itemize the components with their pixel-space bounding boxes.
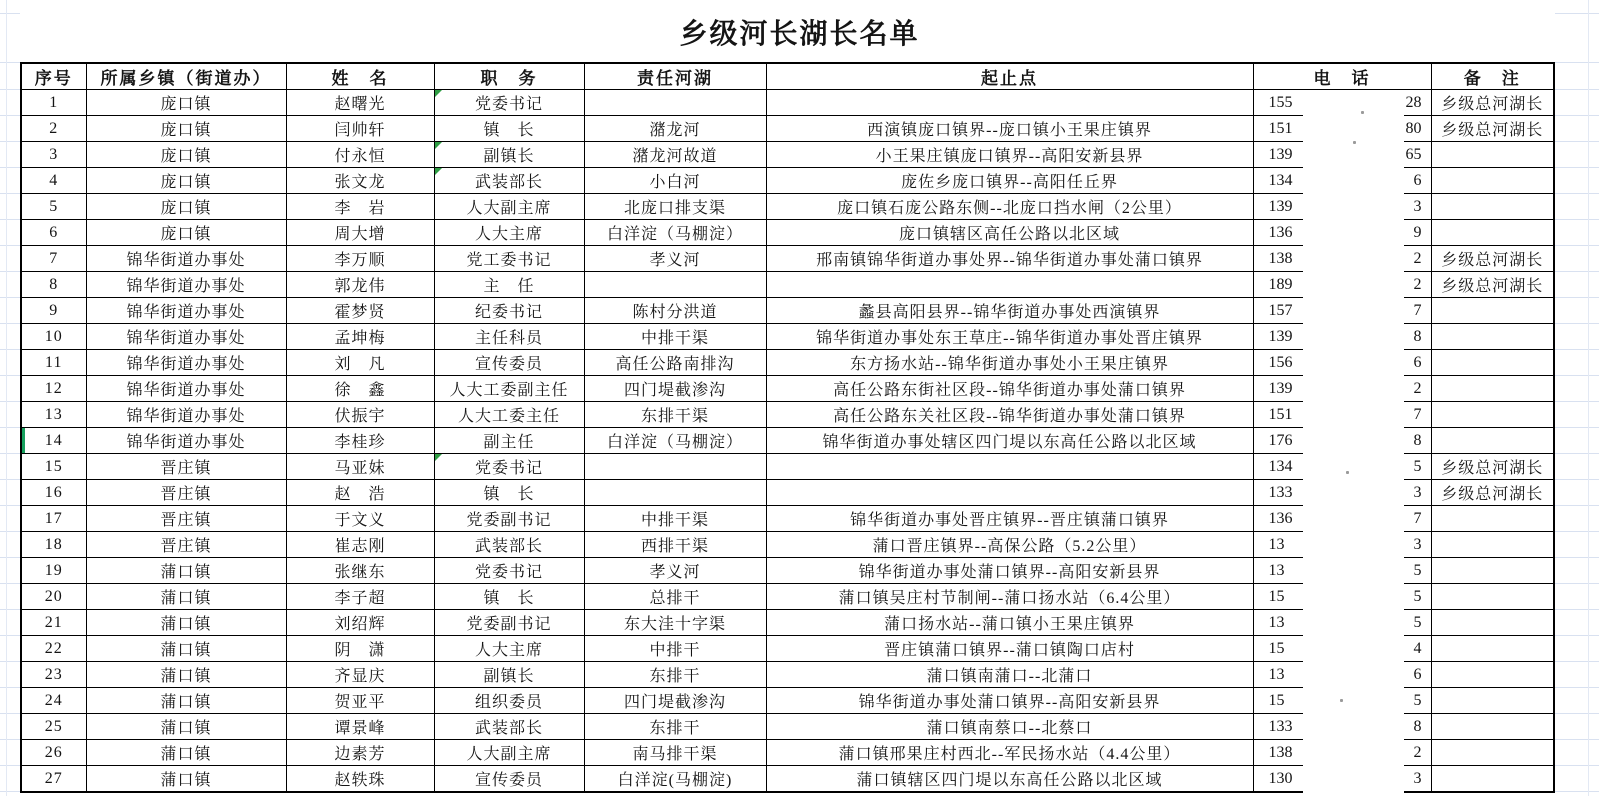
cell-town[interactable]: 庞口镇 [86, 220, 286, 246]
gridline [0, 115, 20, 116]
cell-pos[interactable]: 副主任 [434, 428, 584, 454]
cell-remark[interactable] [1431, 532, 1554, 558]
cell-town[interactable]: 庞口镇 [86, 90, 286, 116]
cell-remark[interactable] [1431, 740, 1554, 766]
cell-no[interactable]: 15 [21, 454, 86, 480]
cell-town[interactable]: 锦华街道办事处 [86, 324, 286, 350]
phone-suffix: 5 [1414, 614, 1422, 632]
cell-no[interactable]: 7 [21, 246, 86, 272]
cell-pos[interactable]: 组织委员 [434, 688, 584, 714]
phone-prefix: 13 [1269, 666, 1285, 684]
phone-suffix: 3 [1414, 536, 1422, 554]
cell-river[interactable] [584, 90, 766, 116]
cell-no[interactable]: 3 [21, 142, 86, 168]
cell-no[interactable]: 18 [21, 532, 86, 558]
cell-river[interactable]: 北庞口排支渠 [584, 194, 766, 220]
cell-pos[interactable]: 人大工委主任 [434, 402, 584, 428]
header-row: 序号所属乡镇（街道办）姓 名职 务责任河湖起止点电 话备 注 [21, 63, 1554, 90]
cell-range[interactable]: 庞口镇石庞公路东侧--北庞口挡水闸（2公里） [766, 194, 1253, 220]
cell-river[interactable]: 中排干渠 [584, 324, 766, 350]
cell-remark[interactable] [1431, 142, 1554, 168]
cell-river[interactable]: 陈村分洪道 [584, 298, 766, 324]
cell-town[interactable]: 锦华街道办事处 [86, 272, 286, 298]
phone-suffix: 7 [1414, 302, 1422, 320]
cell-river[interactable]: 东排干渠 [584, 402, 766, 428]
cell-name[interactable]: 刘 凡 [286, 350, 434, 376]
cell-remark[interactable] [1431, 584, 1554, 610]
cell-range[interactable]: 西演镇庞口镇界--庞口镇小王果庄镇界 [766, 116, 1253, 142]
cell-remark[interactable] [1431, 324, 1554, 350]
cell-pos[interactable]: 副镇长 [434, 142, 584, 168]
cell-name[interactable]: 于文义 [286, 506, 434, 532]
cell-name[interactable]: 赵轶珠 [286, 766, 434, 793]
gridline [1555, 245, 1599, 246]
sheet-title: 乡级河长湖长名单 [0, 12, 1599, 52]
cell-range[interactable]: 蒲口扬水站--蒲口镇小王果庄镇界 [766, 610, 1253, 636]
gridline [6, 0, 7, 796]
redaction-artifact-dot [1346, 471, 1349, 474]
cell-pos[interactable]: 主 任 [434, 272, 584, 298]
gridline [0, 193, 20, 194]
cell-no[interactable]: 5 [21, 194, 86, 220]
cell-pos[interactable]: 党委书记 [434, 90, 584, 116]
cell-river[interactable]: 西排干渠 [584, 532, 766, 558]
cell-pos[interactable]: 副镇长 [434, 662, 584, 688]
gridline [0, 505, 20, 506]
cell-range[interactable] [766, 90, 1253, 116]
phone-suffix: 3 [1414, 484, 1422, 502]
gridline [0, 453, 20, 454]
phone-suffix: 28 [1406, 94, 1422, 112]
cell-no[interactable]: 22 [21, 636, 86, 662]
cell-town[interactable]: 锦华街道办事处 [86, 246, 286, 272]
cell-name[interactable]: 孟坤梅 [286, 324, 434, 350]
gridline [1555, 557, 1599, 558]
phone-suffix: 4 [1414, 640, 1422, 658]
cell-pos[interactable]: 镇 长 [434, 480, 584, 506]
gridline [1555, 271, 1599, 272]
cell-remark[interactable]: 乡级总河湖长 [1431, 90, 1554, 116]
excel-error-indicator-icon [435, 168, 442, 175]
cell-range[interactable]: 蒲口镇南蔡口--北蔡口 [766, 714, 1253, 740]
phone-prefix: 155 [1269, 94, 1293, 112]
cell-town[interactable]: 蒲口镇 [86, 740, 286, 766]
cell-range[interactable]: 锦华街道办事处东王草庄--锦华街道办事处晋庄镇界 [766, 324, 1253, 350]
cell-no[interactable]: 14 [21, 428, 86, 454]
gridline [0, 89, 20, 90]
cell-range[interactable]: 蒲口镇南蒲口--北蒲口 [766, 662, 1253, 688]
cell-no[interactable]: 2 [21, 116, 86, 142]
cell-river[interactable]: 中排干渠 [584, 506, 766, 532]
cell-river[interactable]: 孝义河 [584, 558, 766, 584]
cell-name[interactable]: 周大增 [286, 220, 434, 246]
cell-pos[interactable]: 人大主席 [434, 220, 584, 246]
cell-river[interactable]: 南马排干渠 [584, 740, 766, 766]
cell-river[interactable]: 东排干 [584, 662, 766, 688]
gridline [1555, 219, 1599, 220]
cell-name[interactable]: 霍梦贤 [286, 298, 434, 324]
phone-suffix: 2 [1414, 380, 1422, 398]
cell-range[interactable] [766, 480, 1253, 506]
gridline [0, 635, 20, 636]
cell-range[interactable]: 蒲口晋庄镇界--高保公路（5.2公里） [766, 532, 1253, 558]
column-header-river[interactable]: 责任河湖 [584, 63, 766, 90]
cell-name[interactable]: 郭龙伟 [286, 272, 434, 298]
gridline [1555, 297, 1599, 298]
phone-suffix: 80 [1406, 120, 1422, 138]
cell-town[interactable]: 锦华街道办事处 [86, 428, 286, 454]
cell-range[interactable]: 东方扬水站--锦华街道办事处小王果庄镇界 [766, 350, 1253, 376]
cell-river[interactable]: 小白河 [584, 168, 766, 194]
cell-no[interactable]: 13 [21, 402, 86, 428]
cell-pos[interactable]: 主任科员 [434, 324, 584, 350]
phone-prefix: 139 [1269, 146, 1293, 164]
cell-pos[interactable]: 人大工委副主任 [434, 376, 584, 402]
cell-remark[interactable] [1431, 298, 1554, 324]
cell-remark[interactable] [1431, 194, 1554, 220]
cell-remark[interactable] [1431, 506, 1554, 532]
cell-no[interactable]: 23 [21, 662, 86, 688]
phone-suffix: 2 [1414, 250, 1422, 268]
cell-name[interactable]: 李桂珍 [286, 428, 434, 454]
cell-remark[interactable] [1431, 766, 1554, 793]
gridline [1555, 687, 1599, 688]
cell-town[interactable]: 庞口镇 [86, 116, 286, 142]
cell-remark[interactable]: 乡级总河湖长 [1431, 116, 1554, 142]
cell-name[interactable]: 闫帅轩 [286, 116, 434, 142]
cell-name[interactable]: 崔志刚 [286, 532, 434, 558]
cell-town[interactable]: 锦华街道办事处 [86, 376, 286, 402]
cell-range[interactable]: 晋庄镇蒲口镇界--蒲口镇陶口店村 [766, 636, 1253, 662]
phone-prefix: 136 [1269, 224, 1293, 242]
gridline [0, 765, 20, 766]
phone-prefix: 157 [1269, 302, 1293, 320]
cell-name[interactable]: 谭景峰 [286, 714, 434, 740]
gridline [0, 401, 20, 402]
cell-remark[interactable] [1431, 636, 1554, 662]
cell-river[interactable]: 白洋淀（马棚淀） [584, 220, 766, 246]
gridline [1555, 62, 1599, 63]
phone-prefix: 15 [1269, 588, 1285, 606]
gridline [1555, 713, 1599, 714]
cell-town[interactable]: 庞口镇 [86, 194, 286, 220]
cell-river[interactable]: 高任公路南排沟 [584, 350, 766, 376]
gridline [0, 531, 20, 532]
column-header-remark[interactable]: 备 注 [1431, 63, 1554, 90]
phone-prefix: 151 [1269, 120, 1293, 138]
gridline [1555, 531, 1599, 532]
phone-prefix: 138 [1269, 744, 1293, 762]
gridline [1555, 167, 1599, 168]
cell-range[interactable]: 蒲口镇吴庄村节制闸--蒲口扬水站（6.4公里） [766, 584, 1253, 610]
column-header-no[interactable]: 序号 [21, 63, 86, 90]
phone-prefix: 139 [1269, 380, 1293, 398]
cell-name[interactable]: 徐 鑫 [286, 376, 434, 402]
phone-prefix: 130 [1269, 770, 1293, 788]
cell-no[interactable]: 1 [21, 90, 86, 116]
cell-pos[interactable]: 党工委书记 [434, 246, 584, 272]
phone-suffix: 8 [1414, 718, 1422, 736]
cell-river[interactable]: 四门堤截渗沟 [584, 688, 766, 714]
gridline [1555, 193, 1599, 194]
cell-range[interactable]: 蠡县高阳县界--锦华街道办事处西演镇界 [766, 298, 1253, 324]
cell-town[interactable]: 锦华街道办事处 [86, 298, 286, 324]
column-header-range[interactable]: 起止点 [766, 63, 1253, 90]
gridline [1555, 427, 1599, 428]
cell-no[interactable]: 19 [21, 558, 86, 584]
phone-prefix: 176 [1269, 432, 1293, 450]
table-header: 序号所属乡镇（街道办）姓 名职 务责任河湖起止点电 话备 注 [21, 63, 1554, 90]
cell-remark[interactable] [1431, 714, 1554, 740]
cell-remark[interactable]: 乡级总河湖长 [1431, 246, 1554, 272]
cell-remark[interactable] [1431, 402, 1554, 428]
spreadsheet-page: 乡级河长湖长名单 序号所属乡镇（街道办）姓 名职 务责任河湖起止点电 话备 注 … [0, 0, 1599, 796]
gridline [1555, 765, 1599, 766]
gridline [1588, 0, 1589, 796]
column-header-town[interactable]: 所属乡镇（街道办） [86, 63, 286, 90]
cell-name[interactable]: 伏振宇 [286, 402, 434, 428]
cell-town[interactable]: 晋庄镇 [86, 506, 286, 532]
cell-no[interactable]: 10 [21, 324, 86, 350]
cell-town[interactable]: 蒲口镇 [86, 610, 286, 636]
cell-remark[interactable]: 乡级总河湖长 [1431, 272, 1554, 298]
gridline [0, 479, 20, 480]
cell-no[interactable]: 8 [21, 272, 86, 298]
gridline [0, 661, 20, 662]
cell-river[interactable]: 孝义河 [584, 246, 766, 272]
phone-suffix: 6 [1414, 354, 1422, 372]
gridline [0, 739, 20, 740]
cell-pos[interactable]: 党委副书记 [434, 610, 584, 636]
redaction-artifact-dot [1361, 111, 1364, 114]
cell-town[interactable]: 蒲口镇 [86, 714, 286, 740]
cell-range[interactable]: 锦华街道办事处蒲口镇界--高阳安新县界 [766, 688, 1253, 714]
gridline [1555, 89, 1599, 90]
phone-suffix: 9 [1414, 224, 1422, 242]
cell-range[interactable]: 高任公路东街社区段--锦华街道办事处蒲口镇界 [766, 376, 1253, 402]
cell-name[interactable]: 李万顺 [286, 246, 434, 272]
cell-no[interactable]: 25 [21, 714, 86, 740]
cell-name[interactable]: 李 岩 [286, 194, 434, 220]
cell-town[interactable]: 蒲口镇 [86, 636, 286, 662]
cell-no[interactable]: 27 [21, 766, 86, 793]
cell-river[interactable]: 中排干 [584, 636, 766, 662]
cell-remark[interactable] [1431, 168, 1554, 194]
cell-name[interactable]: 赵 浩 [286, 480, 434, 506]
row-marker-icon [21, 428, 25, 453]
gridline [1555, 505, 1599, 506]
cell-range[interactable]: 蒲口镇邢果庄村西北--军民扬水站（4.4公里） [766, 740, 1253, 766]
cell-river[interactable]: 四门堤截渗沟 [584, 376, 766, 402]
cell-pos[interactable]: 党委书记 [434, 558, 584, 584]
cell-pos[interactable]: 党委书记 [434, 454, 584, 480]
phone-prefix: 139 [1269, 198, 1293, 216]
cell-name[interactable]: 张继东 [286, 558, 434, 584]
cell-name[interactable]: 刘绍辉 [286, 610, 434, 636]
cell-town[interactable]: 蒲口镇 [86, 688, 286, 714]
redaction-artifact-dot [1353, 141, 1356, 144]
cell-range[interactable] [766, 272, 1253, 298]
cell-no[interactable]: 4 [21, 168, 86, 194]
cell-no[interactable]: 9 [21, 298, 86, 324]
gridline [0, 427, 20, 428]
phone-suffix: 6 [1414, 666, 1422, 684]
cell-town[interactable]: 锦华街道办事处 [86, 350, 286, 376]
phone-suffix: 2 [1414, 276, 1422, 294]
cell-range[interactable]: 小王果庄镇庞口镇界--高阳安新县界 [766, 142, 1253, 168]
cell-pos[interactable]: 镇 长 [434, 584, 584, 610]
cell-pos[interactable]: 纪委书记 [434, 298, 584, 324]
phone-prefix: 13 [1269, 536, 1285, 554]
cell-town[interactable]: 庞口镇 [86, 142, 286, 168]
cell-pos[interactable]: 人大主席 [434, 636, 584, 662]
cell-town[interactable]: 晋庄镇 [86, 480, 286, 506]
phone-prefix: 156 [1269, 354, 1293, 372]
phone-prefix: 134 [1269, 172, 1293, 190]
cell-river[interactable] [584, 454, 766, 480]
cell-pos[interactable]: 人大副主席 [434, 194, 584, 220]
cell-remark[interactable] [1431, 688, 1554, 714]
column-header-name[interactable]: 姓 名 [286, 63, 434, 90]
cell-river[interactable] [584, 272, 766, 298]
cell-town[interactable]: 蒲口镇 [86, 662, 286, 688]
cell-no[interactable]: 26 [21, 740, 86, 766]
cell-remark[interactable] [1431, 376, 1554, 402]
cell-pos[interactable]: 人大副主席 [434, 740, 584, 766]
cell-river[interactable]: 总排干 [584, 584, 766, 610]
cell-no[interactable]: 17 [21, 506, 86, 532]
cell-town[interactable]: 蒲口镇 [86, 766, 286, 793]
cell-range[interactable]: 锦华街道办事处蒲口镇界--高阳安新县界 [766, 558, 1253, 584]
cell-name[interactable]: 张文龙 [286, 168, 434, 194]
cell-town[interactable]: 锦华街道办事处 [86, 402, 286, 428]
cell-name[interactable]: 赵曙光 [286, 90, 434, 116]
cell-name[interactable]: 齐显庆 [286, 662, 434, 688]
gridline [0, 583, 20, 584]
cell-name[interactable]: 阴 潇 [286, 636, 434, 662]
cell-remark[interactable] [1431, 220, 1554, 246]
cell-range[interactable]: 庞口镇辖区高任公路以北区域 [766, 220, 1253, 246]
gridline [0, 687, 20, 688]
gridline [0, 13, 20, 14]
gridline [1555, 375, 1599, 376]
cell-remark[interactable] [1431, 610, 1554, 636]
cell-no[interactable]: 12 [21, 376, 86, 402]
redaction-artifact-dot [1340, 699, 1343, 702]
excel-error-indicator-icon [435, 90, 442, 97]
column-header-pos[interactable]: 职 务 [434, 63, 584, 90]
gridline [1555, 739, 1599, 740]
gridline [0, 271, 20, 272]
gridline [0, 791, 20, 792]
phone-suffix: 8 [1414, 328, 1422, 346]
cell-no[interactable]: 21 [21, 610, 86, 636]
cell-remark[interactable] [1431, 558, 1554, 584]
cell-range[interactable]: 庞佐乡庞口镇界--高阳任丘界 [766, 168, 1253, 194]
gridline [1555, 401, 1599, 402]
cell-town[interactable]: 晋庄镇 [86, 454, 286, 480]
cell-river[interactable]: 潴龙河故道 [584, 142, 766, 168]
cell-no[interactable]: 24 [21, 688, 86, 714]
cell-river[interactable]: 东排干 [584, 714, 766, 740]
cell-river[interactable]: 白洋淀(马棚淀) [584, 766, 766, 793]
cell-river[interactable]: 潴龙河 [584, 116, 766, 142]
cell-river[interactable] [584, 480, 766, 506]
cell-town[interactable]: 庞口镇 [86, 168, 286, 194]
cell-name[interactable]: 李子超 [286, 584, 434, 610]
gridline [1555, 661, 1599, 662]
cell-pos[interactable]: 武装部长 [434, 714, 584, 740]
cell-name[interactable]: 贺亚平 [286, 688, 434, 714]
cell-town[interactable]: 蒲口镇 [86, 584, 286, 610]
gridline [1555, 141, 1599, 142]
gridline [0, 141, 20, 142]
cell-town[interactable]: 蒲口镇 [86, 558, 286, 584]
cell-no[interactable]: 11 [21, 350, 86, 376]
phone-suffix: 3 [1414, 198, 1422, 216]
cell-remark[interactable]: 乡级总河湖长 [1431, 454, 1554, 480]
cell-name[interactable]: 马亚妹 [286, 454, 434, 480]
cell-pos[interactable]: 武装部长 [434, 168, 584, 194]
phone-prefix: 138 [1269, 250, 1293, 268]
gridline [0, 62, 20, 63]
cell-range[interactable]: 锦华街道办事处晋庄镇界--晋庄镇蒲口镇界 [766, 506, 1253, 532]
cell-town[interactable]: 晋庄镇 [86, 532, 286, 558]
phone-prefix: 133 [1269, 718, 1293, 736]
cell-no[interactable]: 6 [21, 220, 86, 246]
cell-range[interactable]: 邢南镇锦华街道办事处界--锦华街道办事处蒲口镇界 [766, 246, 1253, 272]
gridline [0, 167, 20, 168]
cell-pos[interactable]: 党委副书记 [434, 506, 584, 532]
phone-prefix: 134 [1269, 458, 1293, 476]
phone-prefix: 139 [1269, 328, 1293, 346]
cell-range[interactable] [766, 454, 1253, 480]
cell-no[interactable]: 20 [21, 584, 86, 610]
gridline [0, 297, 20, 298]
phone-suffix: 5 [1414, 692, 1422, 710]
gridline [0, 557, 20, 558]
cell-remark[interactable] [1431, 350, 1554, 376]
phone-prefix: 151 [1269, 406, 1293, 424]
cell-river[interactable]: 白洋淀（马棚淀） [584, 428, 766, 454]
cell-pos[interactable]: 武装部长 [434, 532, 584, 558]
cell-remark[interactable] [1431, 428, 1554, 454]
gridline [1555, 609, 1599, 610]
cell-range[interactable]: 锦华街道办事处辖区四门堤以东高任公路以北区域 [766, 428, 1253, 454]
phone-prefix: 189 [1269, 276, 1293, 294]
gridline [1555, 323, 1599, 324]
column-header-phone[interactable]: 电 话 [1253, 63, 1431, 90]
gridline [0, 609, 20, 610]
cell-remark[interactable]: 乡级总河湖长 [1431, 480, 1554, 506]
cell-pos[interactable]: 宣传委员 [434, 766, 584, 793]
gridline [0, 349, 20, 350]
cell-pos[interactable]: 镇 长 [434, 116, 584, 142]
cell-pos[interactable]: 宣传委员 [434, 350, 584, 376]
cell-range[interactable]: 蒲口镇辖区四门堤以东高任公路以北区域 [766, 766, 1253, 793]
phone-prefix: 15 [1269, 692, 1285, 710]
cell-no[interactable]: 16 [21, 480, 86, 506]
phone-suffix: 5 [1414, 562, 1422, 580]
phone-suffix: 2 [1414, 744, 1422, 762]
phone-prefix: 13 [1269, 562, 1285, 580]
cell-name[interactable]: 付永恒 [286, 142, 434, 168]
excel-error-indicator-icon [435, 142, 442, 149]
cell-name[interactable]: 边素芳 [286, 740, 434, 766]
cell-river[interactable]: 东大洼十字渠 [584, 610, 766, 636]
cell-remark[interactable] [1431, 662, 1554, 688]
cell-range[interactable]: 高任公路东关社区段--锦华街道办事处蒲口镇界 [766, 402, 1253, 428]
